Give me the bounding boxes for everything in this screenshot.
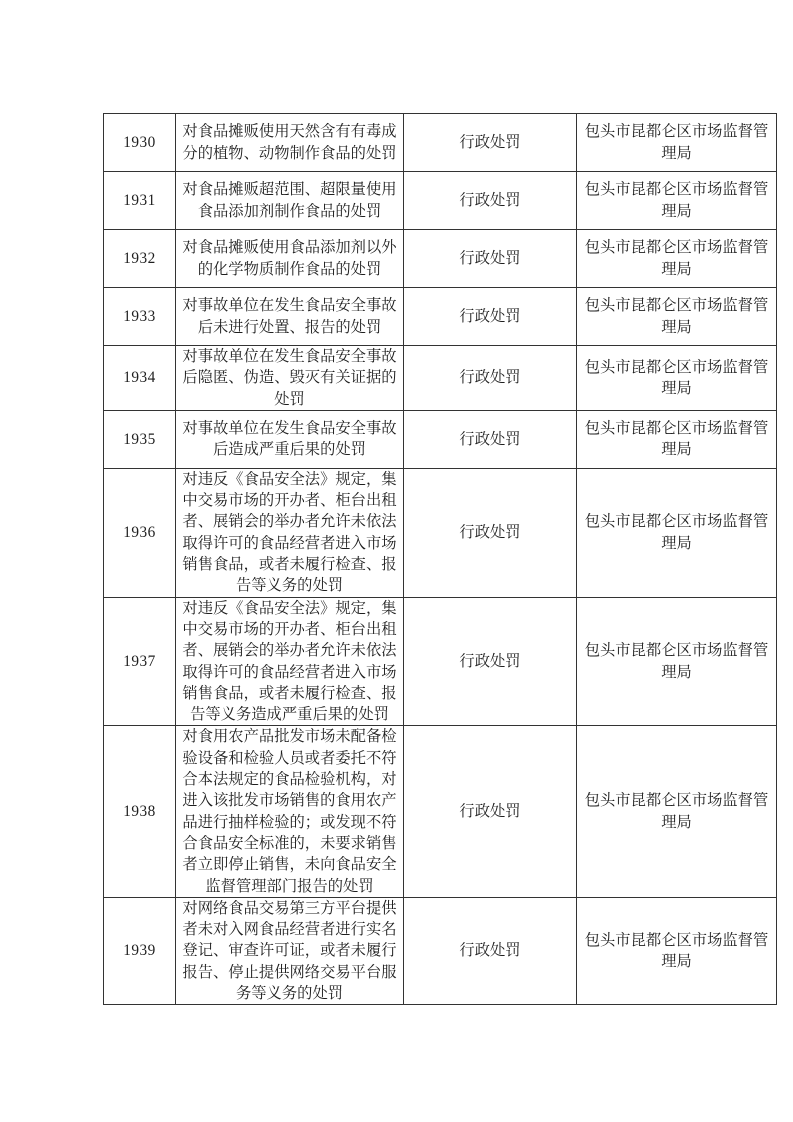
table-row: 1930 对食品摊贩使用天然含有有毒成分的植物、动物制作食品的处罚 行政处罚 包… — [104, 114, 777, 172]
table-row: 1939 对网络食品交易第三方平台提供者未对入网食品经营者进行实名登记、审查许可… — [104, 897, 777, 1004]
row-number-cell: 1939 — [104, 897, 176, 1004]
table-row: 1936 对违反《食品安全法》规定，集中交易市场的开办者、柜台出租者、展销会的举… — [104, 468, 777, 597]
penalty-item-cell: 对食品摊贩使用食品添加剂以外的化学物质制作食品的处罚 — [176, 230, 404, 288]
table-row: 1931 对食品摊贩超范围、超限量使用食品添加剂制作食品的处罚 行政处罚 包头市… — [104, 172, 777, 230]
penalty-item-cell: 对食品摊贩超范围、超限量使用食品添加剂制作食品的处罚 — [176, 172, 404, 230]
penalty-item-cell: 对网络食品交易第三方平台提供者未对入网食品经营者进行实名登记、审查许可证，或者未… — [176, 897, 404, 1004]
table-row: 1935 对事故单位在发生食品安全事故后造成严重后果的处罚 行政处罚 包头市昆都… — [104, 410, 777, 468]
authority-cell: 包头市昆都仑区市场监督管理局 — [577, 726, 777, 897]
document-page: 1930 对食品摊贩使用天然含有有毒成分的植物、动物制作食品的处罚 行政处罚 包… — [0, 0, 793, 1122]
penalty-table: 1930 对食品摊贩使用天然含有有毒成分的植物、动物制作食品的处罚 行政处罚 包… — [103, 113, 777, 1005]
authority-cell: 包头市昆都仑区市场监督管理局 — [577, 172, 777, 230]
row-number-cell: 1937 — [104, 597, 176, 726]
table-row: 1934 对事故单位在发生食品安全事故后隐匿、伪造、毁灭有关证据的处罚 行政处罚… — [104, 346, 777, 411]
penalty-category-cell: 行政处罚 — [404, 726, 577, 897]
penalty-item-cell: 对事故单位在发生食品安全事故后未进行处置、报告的处罚 — [176, 288, 404, 346]
row-number-cell: 1933 — [104, 288, 176, 346]
penalty-item-cell: 对事故单位在发生食品安全事故后隐匿、伪造、毁灭有关证据的处罚 — [176, 346, 404, 411]
row-number-cell: 1938 — [104, 726, 176, 897]
penalty-item-cell: 对违反《食品安全法》规定，集中交易市场的开办者、柜台出租者、展销会的举办者允许未… — [176, 468, 404, 597]
penalty-category-cell: 行政处罚 — [404, 468, 577, 597]
authority-cell: 包头市昆都仑区市场监督管理局 — [577, 230, 777, 288]
authority-cell: 包头市昆都仑区市场监督管理局 — [577, 597, 777, 726]
penalty-item-cell: 对食品摊贩使用天然含有有毒成分的植物、动物制作食品的处罚 — [176, 114, 404, 172]
authority-cell: 包头市昆都仑区市场监督管理局 — [577, 410, 777, 468]
penalty-category-cell: 行政处罚 — [404, 288, 577, 346]
table-row: 1933 对事故单位在发生食品安全事故后未进行处置、报告的处罚 行政处罚 包头市… — [104, 288, 777, 346]
penalty-category-cell: 行政处罚 — [404, 172, 577, 230]
authority-cell: 包头市昆都仑区市场监督管理局 — [577, 114, 777, 172]
authority-cell: 包头市昆都仑区市场监督管理局 — [577, 468, 777, 597]
penalty-category-cell: 行政处罚 — [404, 597, 577, 726]
authority-cell: 包头市昆都仑区市场监督管理局 — [577, 897, 777, 1004]
table-row: 1937 对违反《食品安全法》规定，集中交易市场的开办者、柜台出租者、展销会的举… — [104, 597, 777, 726]
authority-cell: 包头市昆都仑区市场监督管理局 — [577, 288, 777, 346]
penalty-category-cell: 行政处罚 — [404, 230, 577, 288]
penalty-category-cell: 行政处罚 — [404, 410, 577, 468]
table-row: 1932 对食品摊贩使用食品添加剂以外的化学物质制作食品的处罚 行政处罚 包头市… — [104, 230, 777, 288]
penalty-category-cell: 行政处罚 — [404, 346, 577, 411]
table-row: 1938 对食用农产品批发市场未配备检验设备和检验人员或者委托不符合本法规定的食… — [104, 726, 777, 897]
row-number-cell: 1931 — [104, 172, 176, 230]
row-number-cell: 1932 — [104, 230, 176, 288]
row-number-cell: 1930 — [104, 114, 176, 172]
penalty-category-cell: 行政处罚 — [404, 897, 577, 1004]
row-number-cell: 1934 — [104, 346, 176, 411]
authority-cell: 包头市昆都仑区市场监督管理局 — [577, 346, 777, 411]
penalty-category-cell: 行政处罚 — [404, 114, 577, 172]
row-number-cell: 1936 — [104, 468, 176, 597]
penalty-item-cell: 对食用农产品批发市场未配备检验设备和检验人员或者委托不符合本法规定的食品检验机构… — [176, 726, 404, 897]
penalty-item-cell: 对事故单位在发生食品安全事故后造成严重后果的处罚 — [176, 410, 404, 468]
row-number-cell: 1935 — [104, 410, 176, 468]
penalty-item-cell: 对违反《食品安全法》规定，集中交易市场的开办者、柜台出租者、展销会的举办者允许未… — [176, 597, 404, 726]
